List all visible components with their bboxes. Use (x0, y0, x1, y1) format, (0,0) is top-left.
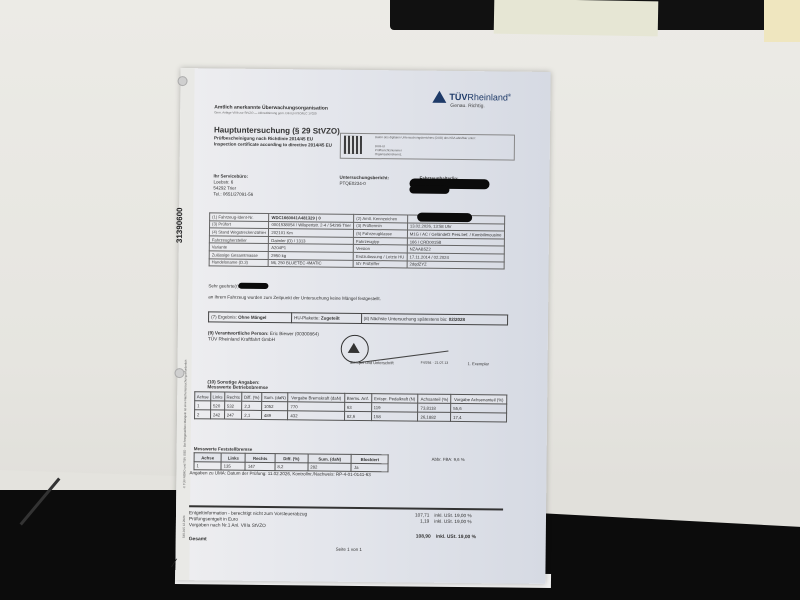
sticky-note (764, 0, 800, 42)
table-cell: 489 (261, 410, 288, 419)
table-cell: 1052 (261, 401, 288, 410)
signature-label: Stempel und Unterschrift (350, 360, 394, 365)
column-header: Sum. (daN) (308, 454, 352, 463)
column-header: Sum. (daN) (262, 392, 289, 401)
fee-total: 108,90inkl. USt. 19,00 % (416, 535, 476, 541)
table-row: 22422472,148943282,615826,188217,4 (195, 410, 507, 422)
badge-cell: HU-Plakette: Zugeteilt (292, 313, 362, 324)
table-cell: 247 (224, 410, 242, 419)
tuv-triangle-icon (432, 91, 446, 103)
inspection-certificate: 31390600 © TÜV NORD und TÜV SÜD · Bei fe… (175, 68, 550, 584)
column-header: Brems. Anf. (344, 393, 371, 402)
table-cell: 432 (288, 411, 344, 421)
table-cell: 63 (344, 402, 371, 411)
serial-number: 31390600 (175, 207, 184, 243)
column-header: Achse (194, 453, 221, 462)
document-title: Hauptuntersuchung (§ 29 StVZO) (214, 125, 340, 135)
table-cell: 135 (221, 462, 245, 470)
table-cell: 17,4 (451, 412, 507, 422)
column-header: Diff. (%) (242, 392, 262, 401)
column-header: Rechts (245, 453, 275, 462)
table-cell: 147 (245, 462, 275, 470)
slogan: Genau. Richtig. (450, 103, 485, 109)
table-cell: 282 (308, 463, 352, 471)
no-defects-info: an Ihrem Fahrzeug wurden zum Zeitpunkt d… (208, 294, 381, 301)
table-cell: 2 (195, 410, 211, 419)
table-cell: 520 (211, 401, 225, 410)
qr-line: Organisationskennz. (375, 152, 402, 156)
document-subtitle: Prüfbescheinigung nach Richtlinie 2014/4… (214, 135, 313, 141)
form-number: 540-915 12.2024 (182, 515, 186, 538)
qr-note: Daten des digitalen Untersuchungsbericht… (375, 135, 476, 140)
table-cell: 242 (210, 410, 224, 419)
org-subline: Gem. Anlage VIIIb zur StVZO — Akkreditie… (214, 110, 394, 116)
parking-brake-table: AchseLinksRechtsDiff. (%)Sum. (daN)Block… (193, 452, 388, 472)
document-subtitle-en: Inspection certificate according to dire… (214, 141, 332, 147)
other-info: (10) Sonstige Angaben: Messwerte Betrieb… (207, 379, 268, 390)
parking-brake-title: Messwerte Feststellbremse (194, 446, 253, 452)
service-brake-table: AchseLinksRechtsDiff. (%)Sum. (daN)Vorga… (194, 391, 507, 422)
table-cell: 1 (195, 401, 211, 410)
uma-info: Angaben zu UMA: Datum der Prüfung: 11.02… (189, 470, 370, 477)
table-cell: 119 (371, 403, 418, 412)
fba-value: Abbr. FBA: 9,6 % (432, 457, 465, 462)
column-header: Diff. (%) (275, 454, 308, 463)
table-cell: 158 (371, 412, 418, 421)
table-cell: Ja (351, 463, 388, 471)
column-header: Achse (195, 392, 211, 401)
fee-info: Entgeltinformation - berechtigt nicht zu… (189, 510, 307, 529)
field-value: ML 250 BLUETEC 4MATIC (269, 259, 354, 267)
field-value: 2dqdZYZ (407, 261, 504, 270)
total-label: Gesamt (189, 537, 207, 542)
table-cell: 73,8118 (418, 403, 451, 412)
table-cell: 82,6 (344, 411, 371, 420)
table-cell: 26,1882 (418, 412, 451, 421)
responsible-person: (9) Verantwortliche Person: Eric Biewer … (208, 330, 319, 343)
field-label: Id'r Prüfziffer (353, 260, 407, 268)
column-header: Rechts (224, 392, 242, 401)
table-cell: 532 (224, 401, 242, 410)
table-cell: 1 (194, 462, 221, 470)
copy-label: 1. Exemplar (468, 361, 489, 366)
greeting: Sehr geehrte(r) (208, 283, 239, 288)
folder-document (494, 0, 659, 36)
redaction (238, 283, 268, 289)
signature-code: F4/264 · 21.07.13 (421, 361, 449, 365)
result-cell: (7) Ergebnis: Ohne Mängel (209, 312, 292, 323)
redaction (417, 213, 472, 223)
corner-logo-icon: ⁄ (173, 556, 175, 570)
report-info: Untersuchungsbericht: PTQE0234-0 (339, 175, 389, 188)
redaction (409, 185, 449, 193)
column-header: Links (221, 453, 245, 462)
fee-amounts: 107,71inkl. USt. 19,00 % 1,19inkl. USt. … (415, 513, 472, 526)
field-label: Handelsname (D.3) (209, 258, 268, 266)
dub-box: Daten des digitalen Untersuchungsbericht… (340, 133, 515, 161)
column-header: Links (211, 392, 225, 401)
column-header: Entspr. Pedalkraft (N) (371, 394, 418, 403)
column-header: Blockiert (352, 454, 389, 463)
tuv-logo: TÜVRheinland® (432, 91, 511, 104)
table-cell: 8,2 (275, 463, 308, 471)
page-number: Seite 1 von 1 (336, 547, 362, 552)
column-header: Achsanteil (%) (418, 394, 451, 403)
result-table: (7) Ergebnis: Ohne Mängel HU-Plakette: Z… (208, 311, 508, 325)
signature (357, 335, 448, 363)
table-cell: 2,1 (242, 410, 262, 419)
service-office: Ihr Servicebüro: Loebstr. 6 54292 Trier … (213, 173, 253, 197)
punch-hole (178, 76, 188, 86)
qr-code-icon[interactable] (344, 136, 362, 154)
divider (189, 505, 503, 510)
table-cell: 2,3 (242, 401, 262, 410)
next-inspection-cell: (8) Nächste Untersuchung spätestens bis:… (361, 313, 508, 325)
